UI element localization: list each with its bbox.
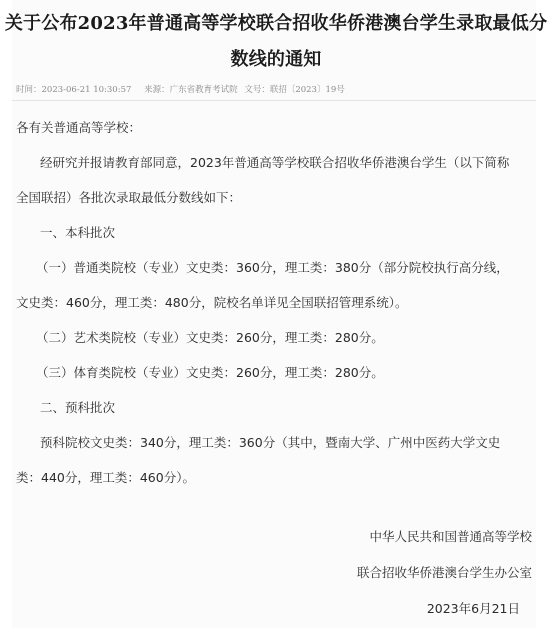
item-general-colleges: （一）普通类院校（专业）文史类：360分，理工类：380分（部分院校执行高分线， <box>16 258 536 293</box>
item-arts-colleges: （二）艺术类院校（专业）文史类：260分，理工类：280分。 <box>16 328 536 363</box>
title-line-1: 关于公布2023年普通高等学校联合招收华侨港澳台学生录取最低分 <box>0 6 552 42</box>
section-heading-undergraduate: 一、本科批次 <box>16 223 536 258</box>
signature-block: 中华人民共和国普通高等学校 联合招收华侨港澳台学生办公室 2023年6月21日 <box>357 527 532 628</box>
issue-date: 2023年6月21日 <box>357 599 532 628</box>
section-heading-preparatory: 二、预科批次 <box>16 398 536 433</box>
source: 来源：广东省教育考试院 <box>144 85 238 95</box>
preparatory-paragraph: 预科院校文史类：340分，理工类：360分（其中，暨南大学、广州中医药大学文史 <box>16 433 536 468</box>
title-line-2: 数线的通知 <box>0 42 552 78</box>
intro-paragraph-cont: 全国联招）各批次录取最低分数线如下： <box>16 188 536 223</box>
article-body: 各有关普通高等学校： 经研究并报请教育部同意，2023年普通高等学校联合招收华侨… <box>16 118 536 503</box>
article-meta: 时间：2023-06-21 10:30:57 来源：广东省教育考试院 文号：联招… <box>16 83 355 95</box>
item-general-colleges-cont: 文史类：460分，理工类：480分，院校名单详见全国联招管理系统）。 <box>16 293 536 328</box>
divider <box>12 100 536 101</box>
item-sports-colleges: （三）体育类院校（专业）文史类：260分，理工类：280分。 <box>16 363 536 398</box>
issuer-line-1: 中华人民共和国普通高等学校 <box>357 527 532 563</box>
page-title: 关于公布2023年普通高等学校联合招收华侨港澳台学生录取最低分 数线的通知 <box>0 6 552 78</box>
preparatory-paragraph-cont: 类：440分，理工类：460分）。 <box>16 468 536 503</box>
salutation: 各有关普通高等学校： <box>16 118 536 153</box>
intro-paragraph: 经研究并报请教育部同意，2023年普通高等学校联合招收华侨港澳台学生（以下简称 <box>16 153 536 188</box>
issuer-line-2: 联合招收华侨港澳台学生办公室 <box>357 563 532 599</box>
document-number: 文号：联招〔2023〕19号 <box>244 85 344 95</box>
publish-time: 时间：2023-06-21 10:30:57 <box>16 85 131 95</box>
